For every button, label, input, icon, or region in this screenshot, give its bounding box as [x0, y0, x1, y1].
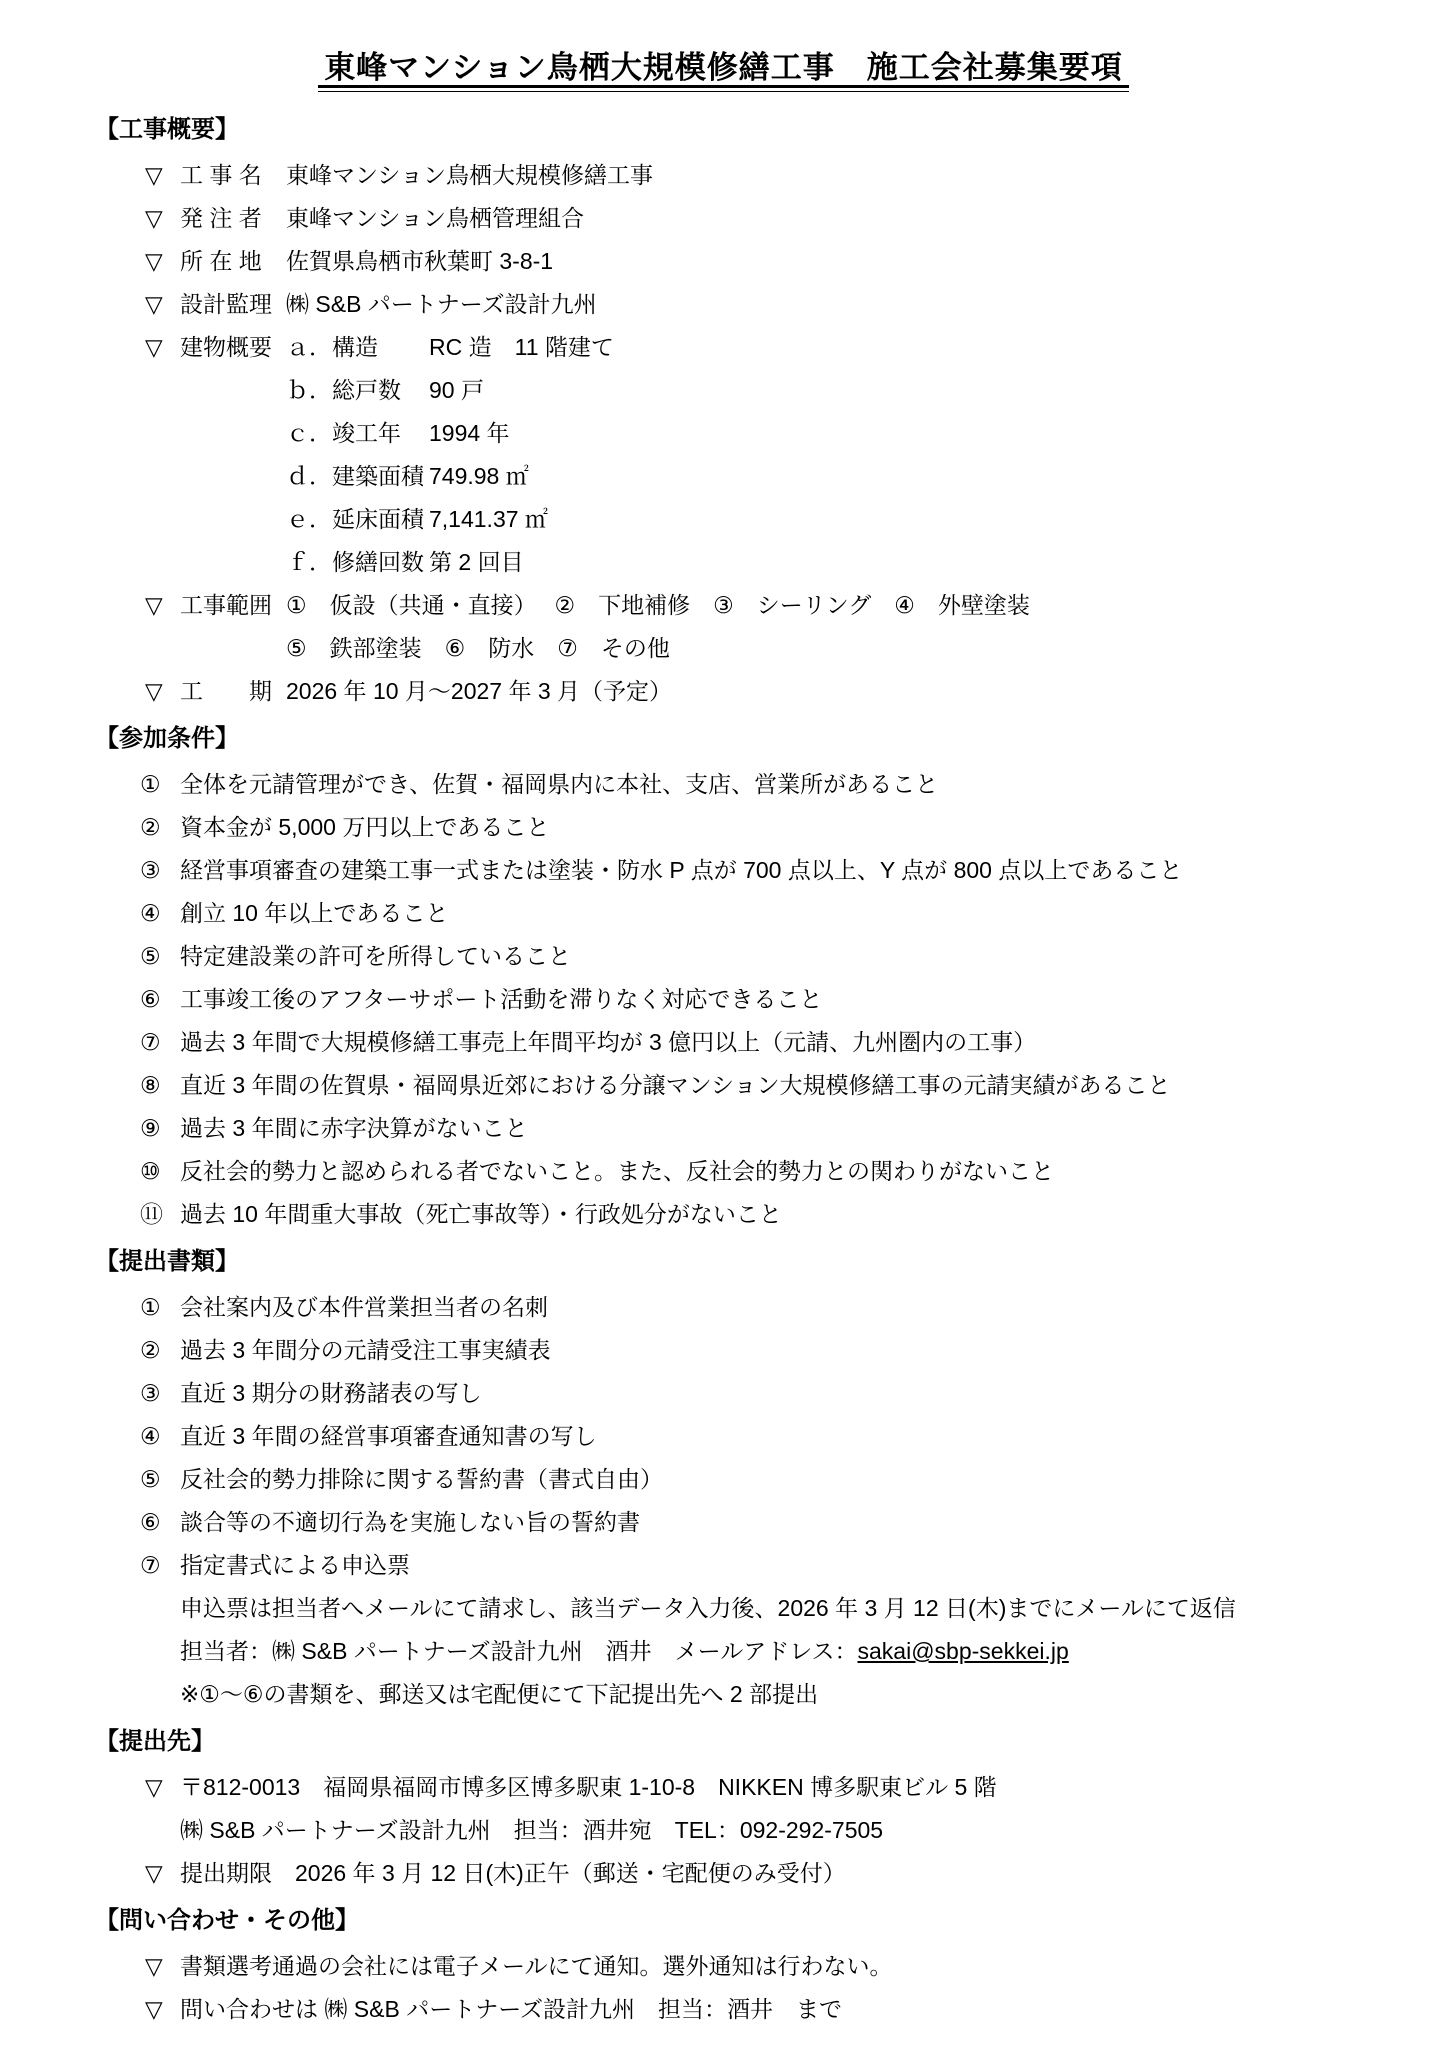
note-text: ※①～⑥の書類を、郵送又は宅配便にて下記提出先へ 2 部提出 — [180, 1673, 1352, 1716]
row-label: 設計監理 — [180, 283, 286, 326]
section-heading-documents: 【提出書類】 — [95, 1238, 1352, 1286]
condition-item: ① 全体を元請管理ができ、佐賀・福岡県内に本社、支店、営業所があること — [95, 763, 1352, 806]
row-label: 建物概要 — [180, 326, 286, 369]
item-text: 直近 3 年間の経営事項審査通知書の写し — [180, 1415, 1352, 1458]
document-item: ⑥ 談合等の不適切行為を実施しない旨の誓約書 — [95, 1501, 1352, 1544]
overview-row-sekkei-kanri: ▽ 設計監理 ㈱ S&B パートナーズ設計九州 — [95, 283, 1352, 326]
item-text: 指定書式による申込票 — [180, 1544, 1352, 1587]
condition-item: ⑧ 直近 3 年間の佐賀県・福岡県近郊における分譲マンション大規模修繕工事の元請… — [95, 1064, 1352, 1107]
item-text: 直近 3 期分の財務諸表の写し — [180, 1372, 1352, 1415]
building-row-completion-year: ｃ．竣工年 1994 年 — [95, 412, 1352, 455]
period-row: ▽ 工 期 2026 年 10 月～2027 年 3 月（予定） — [95, 670, 1352, 713]
submission-copies-note: ※①～⑥の書類を、郵送又は宅配便にて下記提出先へ 2 部提出 — [95, 1673, 1352, 1716]
scope-row-line2: ⑤ 鉄部塗装 ⑥ 防水 ⑦ その他 — [95, 627, 1352, 670]
triangle-marker: ▽ — [145, 283, 180, 326]
row-label: 工 事 名 — [180, 154, 286, 197]
item-number: ③ — [140, 849, 180, 892]
building-value: 749.98 ㎡ — [429, 455, 1352, 498]
item-text: 過去 3 年間で大規模修繕工事売上年間平均が 3 億円以上（元請、九州圏内の工事… — [180, 1021, 1352, 1064]
triangle-marker: ▽ — [145, 1988, 180, 2031]
item-text: 会社案内及び本件営業担当者の名刺 — [180, 1286, 1352, 1329]
row-label: 工 期 — [180, 670, 286, 713]
item-number: ④ — [140, 1415, 180, 1458]
row-label: 所 在 地 — [180, 240, 286, 283]
item-number: ② — [140, 1329, 180, 1372]
page-title: 東峰マンション鳥栖大規模修繕工事 施工会社募集要項 — [318, 52, 1129, 92]
building-value: 第 2 回目 — [429, 541, 1352, 584]
item-number: ② — [140, 806, 180, 849]
condition-item: ⑨ 過去 3 年間に赤字決算がないこと — [95, 1107, 1352, 1150]
row-label: 工事範囲 — [180, 584, 286, 627]
destination-deadline-row: ▽ 提出期限 2026 年 3 月 12 日(木)正午（郵送・宅配便のみ受付） — [95, 1852, 1352, 1895]
condition-item: ③ 経営事項審査の建築工事一式または塗装・防水 P 点が 700 点以上、Y 点… — [95, 849, 1352, 892]
building-key: ａ．構造 — [286, 326, 429, 369]
item-number: ⑥ — [140, 1501, 180, 1544]
building-value: 7,141.37 ㎡ — [429, 498, 1352, 541]
triangle-marker: ▽ — [145, 1852, 180, 1895]
triangle-marker: ▽ — [145, 240, 180, 283]
building-row-floor-area: ｅ．延床面積 7,141.37 ㎡ — [95, 498, 1352, 541]
building-key: ｆ．修繕回数 — [286, 541, 429, 584]
item-number: ⑤ — [140, 1458, 180, 1501]
item-number: ① — [140, 1286, 180, 1329]
item-text: 過去 3 年間分の元請受注工事実績表 — [180, 1329, 1352, 1372]
row-value: 東峰マンション鳥栖管理組合 — [286, 197, 1352, 240]
condition-item: ⑤ 特定建設業の許可を所得していること — [95, 935, 1352, 978]
destination-address-row: ▽ 〒812-0013 福岡県福岡市博多区博多駅東 1-10-8 NIKKEN … — [95, 1766, 1352, 1809]
triangle-marker: ▽ — [145, 197, 180, 240]
building-row-building-area: ｄ．建築面積 749.98 ㎡ — [95, 455, 1352, 498]
document-item: ④ 直近 3 年間の経営事項審査通知書の写し — [95, 1415, 1352, 1458]
row-value: 佐賀県鳥栖市秋葉町 3-8-1 — [286, 240, 1352, 283]
contact-person-note: 担当者：㈱ S&B パートナーズ設計九州 酒井 メールアドレス：sakai@sb… — [95, 1630, 1352, 1673]
row-value: 2026 年 10 月～2027 年 3 月（予定） — [286, 670, 1352, 713]
item-number: ⑦ — [140, 1544, 180, 1587]
note-text: 担当者：㈱ S&B パートナーズ設計九州 酒井 メールアドレス：sakai@sb… — [180, 1630, 1352, 1673]
destination-address-line1: 〒812-0013 福岡県福岡市博多区博多駅東 1-10-8 NIKKEN 博多… — [180, 1766, 1352, 1809]
building-key: ｅ．延床面積 — [286, 498, 429, 541]
destination-deadline: 提出期限 2026 年 3 月 12 日(木)正午（郵送・宅配便のみ受付） — [180, 1852, 1352, 1895]
inquiry-text: 問い合わせは ㈱ S&B パートナーズ設計九州 担当：酒井 まで — [180, 1988, 1352, 2031]
title-block: 東峰マンション鳥栖大規模修繕工事 施工会社募集要項 — [95, 52, 1352, 92]
item-text: 特定建設業の許可を所得していること — [180, 935, 1352, 978]
triangle-marker: ▽ — [145, 584, 180, 627]
section-heading-destination: 【提出先】 — [95, 1718, 1352, 1766]
email-link[interactable]: sakai@sbp-sekkei.jp — [858, 1638, 1069, 1664]
triangle-marker: ▽ — [145, 1766, 180, 1809]
condition-item: ⑦ 過去 3 年間で大規模修繕工事売上年間平均が 3 億円以上（元請、九州圏内の… — [95, 1021, 1352, 1064]
condition-item: ④ 創立 10 年以上であること — [95, 892, 1352, 935]
item-number: ⑥ — [140, 978, 180, 1021]
condition-item: ⑩ 反社会的勢力と認められる者でないこと。また、反社会的勢力との関わりがないこと — [95, 1150, 1352, 1193]
document-item: ⑤ 反社会的勢力排除に関する誓約書（書式自由） — [95, 1458, 1352, 1501]
item-text: 工事竣工後のアフターサポート活動を滞りなく対応できること — [180, 978, 1352, 1021]
document-item: ⑦ 指定書式による申込票 — [95, 1544, 1352, 1587]
item-text: 直近 3 年間の佐賀県・福岡県近郊における分譲マンション大規模修繕工事の元請実績… — [180, 1064, 1352, 1107]
building-key: ｃ．竣工年 — [286, 412, 429, 455]
overview-row-hacchusha: ▽ 発 注 者 東峰マンション鳥栖管理組合 — [95, 197, 1352, 240]
building-value: 90 戸 — [429, 369, 1352, 412]
building-key: ｂ．総戸数 — [286, 369, 429, 412]
triangle-marker: ▽ — [145, 154, 180, 197]
item-text: 談合等の不適切行為を実施しない旨の誓約書 — [180, 1501, 1352, 1544]
item-number: ⑪ — [140, 1193, 180, 1236]
building-key: ｄ．建築面積 — [286, 455, 429, 498]
building-value: 1994 年 — [429, 412, 1352, 455]
condition-item: ⑥ 工事竣工後のアフターサポート活動を滞りなく対応できること — [95, 978, 1352, 1021]
item-text: 過去 3 年間に赤字決算がないこと — [180, 1107, 1352, 1150]
item-number: ⑩ — [140, 1150, 180, 1193]
item-text: 過去 10 年間重大事故（死亡事故等）・行政処分がないこと — [180, 1193, 1352, 1236]
triangle-marker: ▽ — [145, 326, 180, 369]
section-heading-overview: 【工事概要】 — [95, 106, 1352, 154]
document-page: 東峰マンション鳥栖大規模修繕工事 施工会社募集要項 【工事概要】 ▽ 工 事 名… — [0, 0, 1447, 2047]
item-number: ⑧ — [140, 1064, 180, 1107]
note-text: 申込票は担当者へメールにて請求し、該当データ入力後、2026 年 3 月 12 … — [180, 1587, 1352, 1630]
application-form-note: 申込票は担当者へメールにて請求し、該当データ入力後、2026 年 3 月 12 … — [95, 1587, 1352, 1630]
row-value: ㈱ S&B パートナーズ設計九州 — [286, 283, 1352, 326]
scope-line: ⑤ 鉄部塗装 ⑥ 防水 ⑦ その他 — [286, 627, 1352, 670]
inquiry-row-contact: ▽ 問い合わせは ㈱ S&B パートナーズ設計九州 担当：酒井 まで — [95, 1988, 1352, 2031]
item-text: 創立 10 年以上であること — [180, 892, 1352, 935]
inquiry-text: 書類選考通過の会社には電子メールにて通知。選外通知は行わない。 — [180, 1945, 1352, 1988]
condition-item: ⑪ 過去 10 年間重大事故（死亡事故等）・行政処分がないこと — [95, 1193, 1352, 1236]
item-text: 経営事項審査の建築工事一式または塗装・防水 P 点が 700 点以上、Y 点が … — [180, 849, 1352, 892]
building-row-units: ｂ．総戸数 90 戸 — [95, 369, 1352, 412]
item-text: 反社会的勢力と認められる者でないこと。また、反社会的勢力との関わりがないこと — [180, 1150, 1352, 1193]
scope-line: ① 仮設（共通・直接） ② 下地補修 ③ シーリング ④ 外壁塗装 — [286, 584, 1352, 627]
destination-company-row: ㈱ S&B パートナーズ設計九州 担当：酒井宛 TEL：092-292-7505 — [95, 1809, 1352, 1852]
document-item: ① 会社案内及び本件営業担当者の名刺 — [95, 1286, 1352, 1329]
row-label: 発 注 者 — [180, 197, 286, 240]
scope-row-line1: ▽ 工事範囲 ① 仮設（共通・直接） ② 下地補修 ③ シーリング ④ 外壁塗装 — [95, 584, 1352, 627]
condition-item: ② 資本金が 5,000 万円以上であること — [95, 806, 1352, 849]
item-text: 反社会的勢力排除に関する誓約書（書式自由） — [180, 1458, 1352, 1501]
section-heading-inquiry: 【問い合わせ・その他】 — [95, 1897, 1352, 1945]
document-item: ③ 直近 3 期分の財務諸表の写し — [95, 1372, 1352, 1415]
item-text: 資本金が 5,000 万円以上であること — [180, 806, 1352, 849]
row-value: 東峰マンション鳥栖大規模修繕工事 — [286, 154, 1352, 197]
building-row-structure: ▽ 建物概要 ａ．構造 RC 造 11 階建て — [95, 326, 1352, 369]
overview-row-koji-mei: ▽ 工 事 名 東峰マンション鳥栖大規模修繕工事 — [95, 154, 1352, 197]
inquiry-row-notification: ▽ 書類選考通過の会社には電子メールにて通知。選外通知は行わない。 — [95, 1945, 1352, 1988]
item-number: ⑨ — [140, 1107, 180, 1150]
item-number: ① — [140, 763, 180, 806]
section-heading-conditions: 【参加条件】 — [95, 715, 1352, 763]
item-number: ⑤ — [140, 935, 180, 978]
item-text: 全体を元請管理ができ、佐賀・福岡県内に本社、支店、営業所があること — [180, 763, 1352, 806]
overview-row-shozaichi: ▽ 所 在 地 佐賀県鳥栖市秋葉町 3-8-1 — [95, 240, 1352, 283]
destination-address-line2: ㈱ S&B パートナーズ設計九州 担当：酒井宛 TEL：092-292-7505 — [180, 1809, 1352, 1852]
item-number: ③ — [140, 1372, 180, 1415]
item-number: ⑦ — [140, 1021, 180, 1064]
document-item: ② 過去 3 年間分の元請受注工事実績表 — [95, 1329, 1352, 1372]
item-number: ④ — [140, 892, 180, 935]
contact-prefix: 担当者：㈱ S&B パートナーズ設計九州 酒井 メールアドレス： — [180, 1638, 858, 1664]
building-row-repair-count: ｆ．修繕回数 第 2 回目 — [95, 541, 1352, 584]
triangle-marker: ▽ — [145, 670, 180, 713]
triangle-marker: ▽ — [145, 1945, 180, 1988]
building-value: RC 造 11 階建て — [429, 326, 1352, 369]
